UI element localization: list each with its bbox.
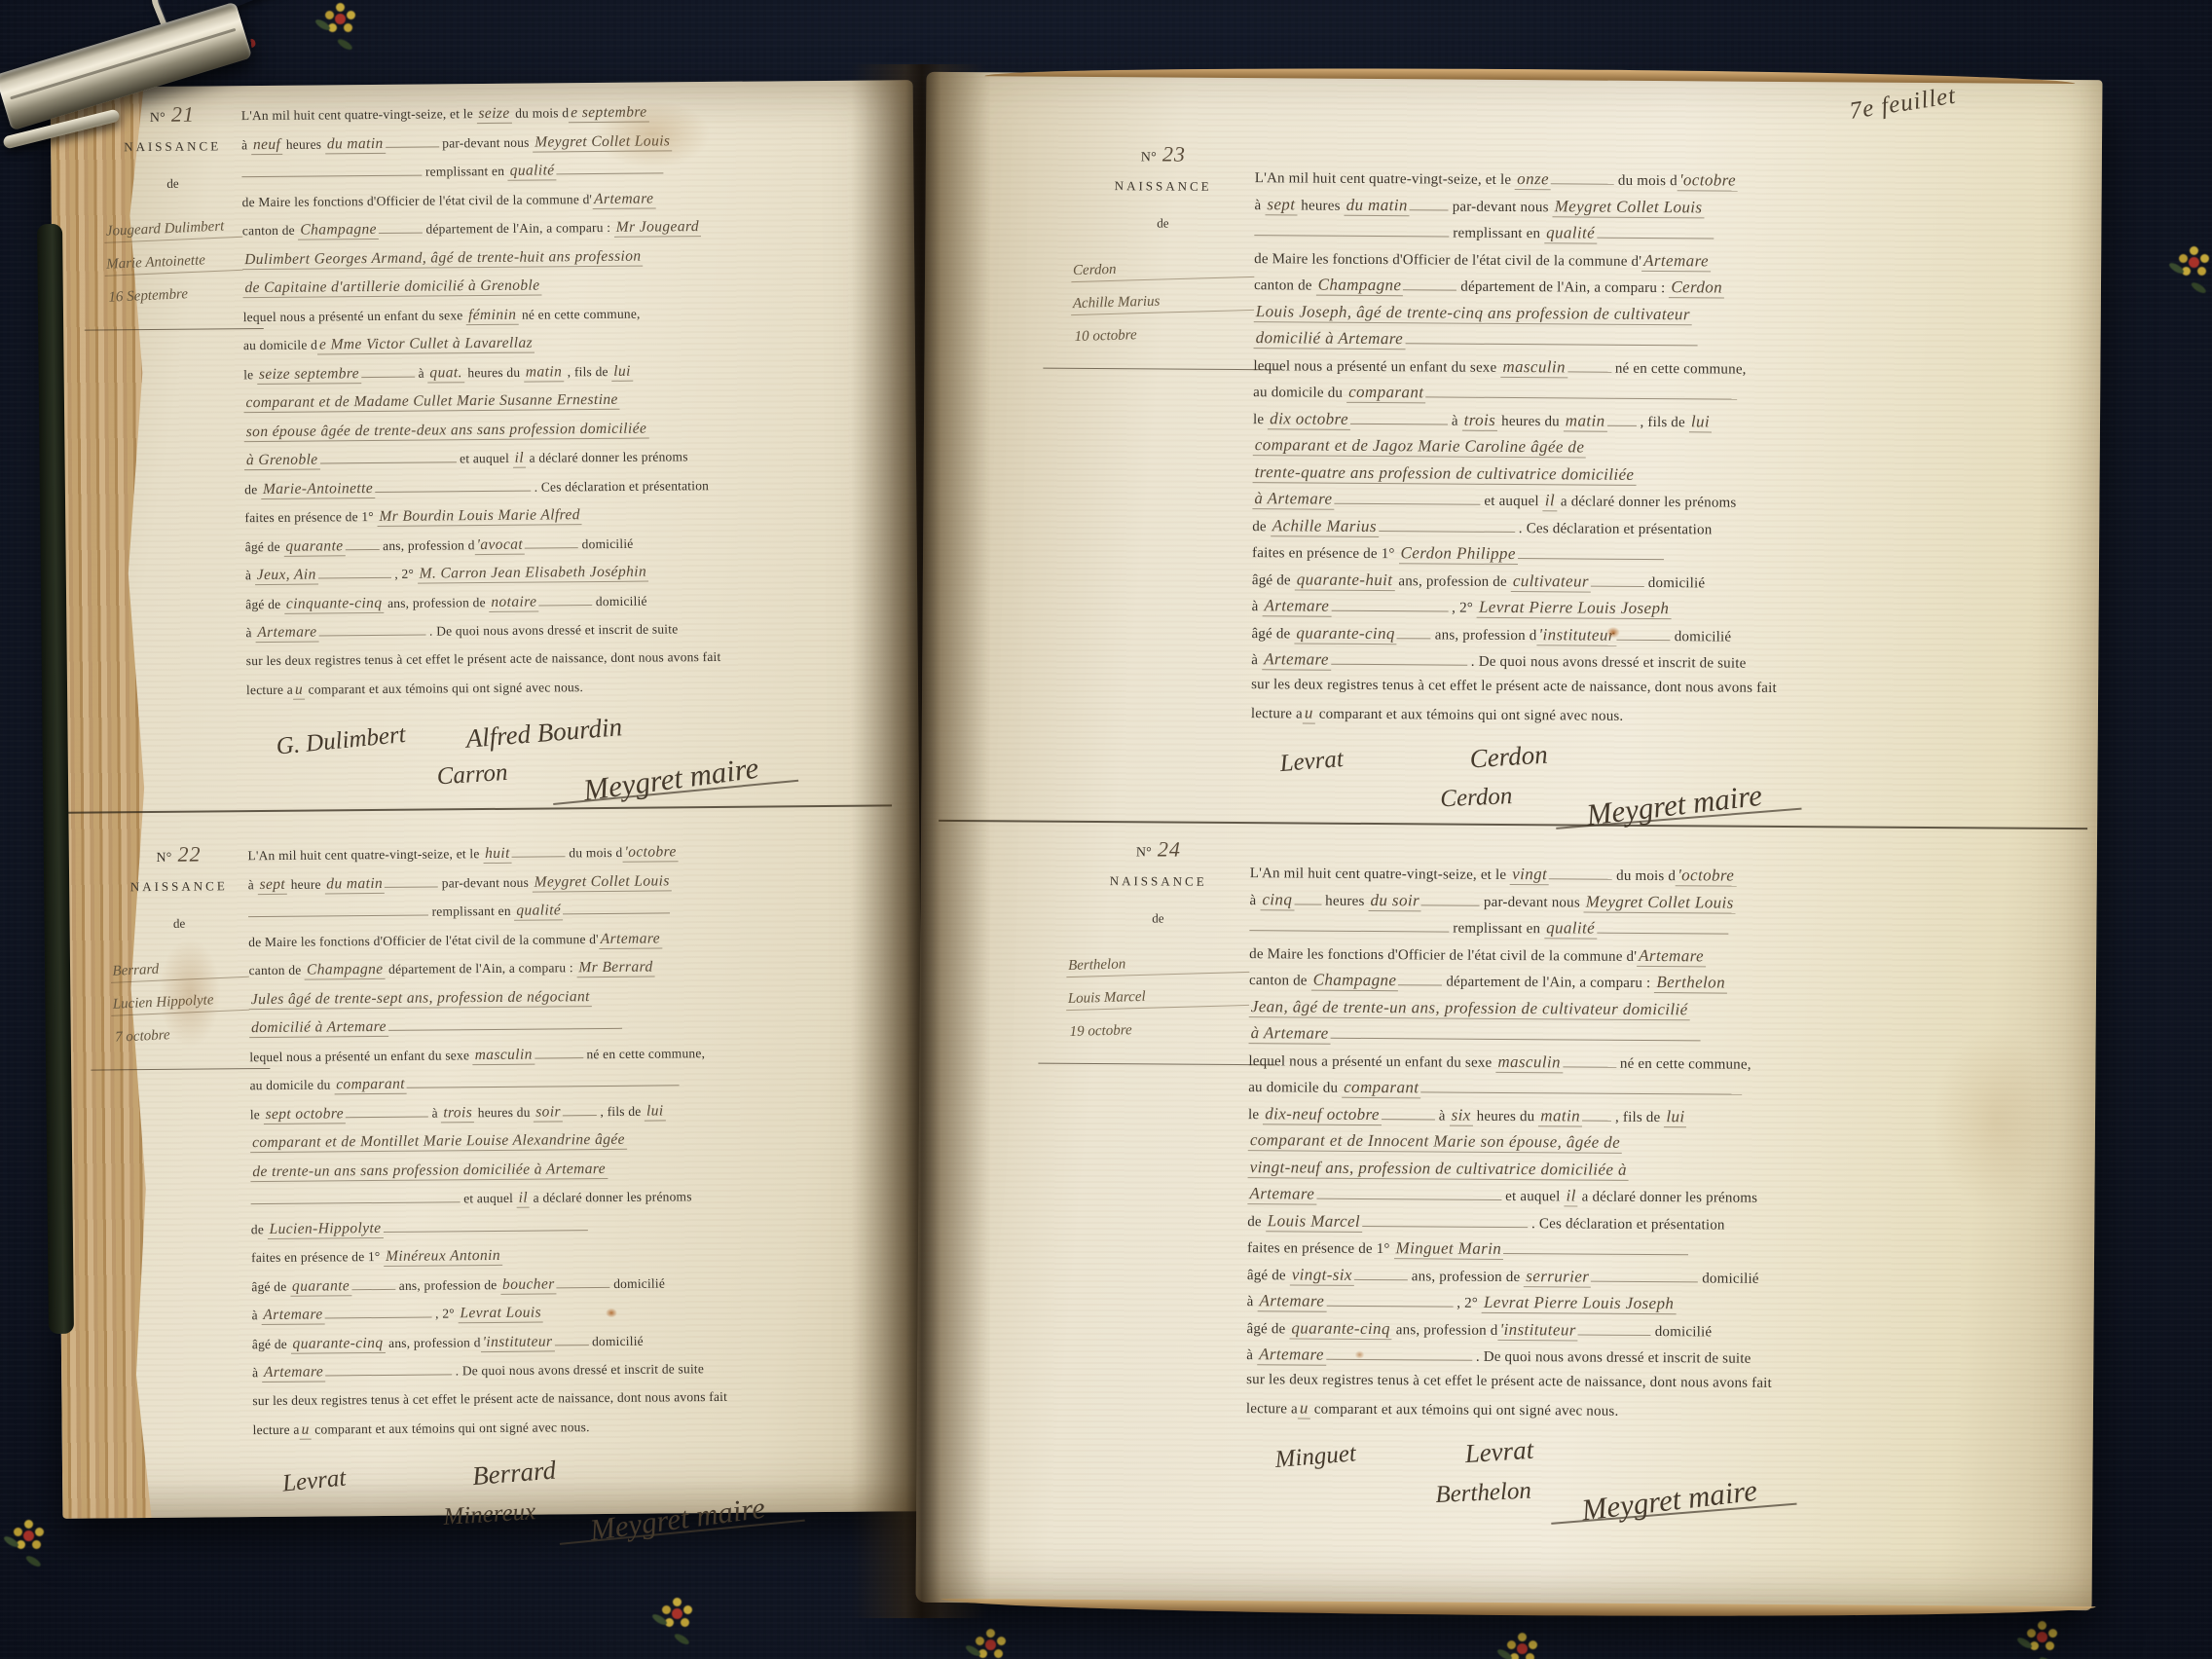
printed-text: . Ces déclaration et présentation	[1515, 521, 1713, 537]
printed-text: à	[415, 365, 427, 380]
printed-text: par-devant nous	[1480, 894, 1584, 910]
printed-text: ans, profession d	[1431, 627, 1537, 644]
printed-text: a déclaré donner les prénoms	[526, 449, 688, 464]
handwritten-entry: dix-neuf octobre	[1263, 1104, 1382, 1125]
printed-text: comparant et aux témoins qui ont signé a…	[312, 1419, 590, 1436]
printed-text: canton de	[248, 963, 305, 978]
printed-text: , 2°	[1453, 1296, 1482, 1311]
printed-text: lecture a	[1251, 706, 1303, 721]
handwritten-entry: quarante-huit	[1295, 570, 1395, 591]
handwritten-entry: matin	[524, 363, 564, 382]
blank-rule	[1397, 624, 1431, 639]
handwritten-entry: qualité	[1544, 918, 1597, 939]
naissance-heading: NAISSANCE	[1072, 178, 1255, 195]
printed-text: de Maire les fonctions d'Officier de l'é…	[1249, 946, 1637, 965]
handwritten-entry: Mr Bourdin Louis Marie Alfred	[377, 506, 582, 527]
margin-rule	[1038, 1063, 1275, 1066]
margin-date: 7 octobre	[111, 1024, 250, 1047]
signatures-block: G. DulimbertAlfred BourdinCarronMeygret …	[246, 714, 798, 833]
printed-text: département de l'Ain, a comparu :	[1442, 975, 1654, 992]
printed-text: ans, profession de	[395, 1277, 500, 1293]
margin-name: Berthelon	[1066, 953, 1249, 977]
handwritten-entry: seize	[476, 105, 511, 124]
handwritten-entry: Artemare	[592, 190, 655, 209]
signature: Carron	[436, 758, 508, 790]
margin-name: Lucien Hippolyte	[110, 991, 249, 1016]
act-text-line: lecture au comparant et aux témoins qui …	[1251, 703, 1938, 734]
printed-text: . Ces déclaration et présentation	[531, 478, 709, 495]
printed-text: lequel nous a présenté un enfant du sexe	[243, 308, 466, 324]
act-number-label: N°	[1136, 845, 1152, 860]
printed-text: ans, profession de	[1408, 1269, 1525, 1285]
margin-date: 16 Septembre	[104, 284, 243, 307]
margin-rule	[91, 1068, 271, 1071]
printed-text: né en cette commune,	[518, 306, 640, 321]
blank-rule	[351, 1276, 395, 1290]
handwritten-entry: du soir	[1368, 890, 1421, 910]
margin-name: Marie Antoinette	[104, 251, 243, 276]
handwritten-entry: Meygret Collet Louis	[533, 872, 672, 892]
blank-rule	[324, 1306, 431, 1319]
printed-text: par-devant nous	[1449, 199, 1553, 215]
de-label: de	[1066, 910, 1249, 927]
printed-text: le	[1253, 412, 1268, 427]
signature: Berthelon	[1435, 1477, 1532, 1508]
printed-text: à	[1252, 599, 1263, 614]
clip-body	[0, 2, 252, 131]
margin-date: 10 octobre	[1070, 324, 1253, 346]
binder-clip	[0, 0, 337, 199]
signatures-block: MinguetLevratBerthelonMeygret maire	[1245, 1433, 1934, 1553]
birth-record-22: N°22NAISSANCEdeBerrardLucien Hippolyte7 …	[247, 842, 804, 1572]
blank-rule	[563, 901, 670, 914]
handwritten-entry: qualité	[508, 163, 557, 181]
blank-rule	[1326, 1346, 1472, 1361]
printed-text: et auquel	[456, 451, 512, 466]
handwritten-entry: Artemare	[1262, 649, 1331, 670]
signature: Minguet	[1274, 1440, 1357, 1474]
handwritten-entry: cinquante-cinq	[284, 595, 385, 614]
printed-text: et auquel	[461, 1191, 517, 1206]
handwritten-entry: à Grenoble	[244, 452, 320, 471]
handwritten-entry: Minguet Marin	[1394, 1238, 1504, 1260]
act-text-line: lecture au comparant et aux témoins qui …	[1246, 1398, 1934, 1429]
printed-text: le	[1248, 1107, 1263, 1123]
blank-rule	[1421, 891, 1480, 905]
blank-rule	[1503, 1239, 1688, 1255]
handwritten-entry: masculin	[473, 1046, 535, 1065]
handwritten-entry: il	[1543, 491, 1557, 511]
blank-rule	[538, 593, 592, 607]
handwritten-entry: Mr Berrard	[576, 959, 654, 978]
handwritten-entry: Minéreux Antonin	[384, 1247, 502, 1267]
handwritten-entry: Artemare	[1641, 250, 1711, 271]
handwritten-entry: féminin	[466, 306, 518, 324]
signature: Berrard	[471, 1455, 557, 1492]
handwritten-entry: matin	[1538, 1106, 1582, 1126]
printed-text: ans, profession de	[384, 595, 489, 610]
blank-rule	[1354, 1266, 1408, 1280]
handwritten-entry: qualité	[514, 902, 563, 920]
blank-rule	[345, 536, 379, 549]
handwritten-entry: e Mme Victor Cullet à Lavarellaz	[317, 335, 535, 355]
handwritten-entry: sept octobre	[263, 1105, 346, 1124]
handwritten-entry: il	[513, 450, 527, 468]
signature: Levrat	[1279, 746, 1345, 778]
blank-rule	[1518, 545, 1664, 561]
handwritten-entry: quarante	[283, 537, 345, 557]
embroidered-flower	[2175, 243, 2212, 280]
handwritten-entry: 'octobre	[622, 843, 678, 862]
blank-rule	[1582, 1107, 1611, 1122]
printed-text: heure	[287, 876, 324, 891]
handwritten-entry: Marie-Antoinette	[261, 480, 375, 499]
printed-text: de	[244, 482, 261, 497]
handwritten-entry: sept	[257, 875, 287, 894]
handwritten-entry: M. Carron Jean Elisabeth Joséphin	[418, 564, 649, 584]
handwritten-entry: Levrat Pierre Louis Joseph	[1482, 1293, 1676, 1314]
handwritten-entry: Cerdon Philippe	[1399, 543, 1518, 565]
printed-text: domicilié	[588, 1333, 644, 1347]
handwritten-entry: lui	[611, 362, 633, 381]
act-number-label: N°	[1141, 150, 1157, 165]
printed-text: lecture a	[246, 682, 293, 697]
printed-text: à	[248, 877, 258, 892]
handwritten-entry: vingt	[1510, 865, 1549, 885]
handwritten-entry: comparant	[1346, 383, 1425, 404]
printed-text: comparant et aux témoins qui ont signé a…	[1315, 707, 1624, 724]
handwritten-entry: Jean, âgé de trente-un ans, profession d…	[1249, 997, 1690, 1020]
blank-rule	[361, 364, 415, 378]
margin-name: Berrard	[110, 958, 249, 983]
printed-text: au domicile d	[243, 338, 317, 353]
printed-text: département de l'Ain, a comparu :	[1456, 279, 1669, 297]
printed-text: remplissant en	[1449, 226, 1544, 242]
printed-text: à	[428, 1105, 441, 1120]
printed-text: du mois d	[1614, 173, 1677, 189]
printed-text: remplissant en	[422, 164, 507, 179]
printed-text: , 2°	[431, 1306, 458, 1320]
blank-rule	[557, 1274, 610, 1288]
blank-rule	[1326, 1292, 1453, 1307]
handwritten-entry: comparant et de Innocent Marie son épous…	[1248, 1130, 1622, 1154]
printed-text: heures	[1321, 893, 1368, 908]
printed-text: a déclaré donner les prénoms	[530, 1189, 692, 1204]
handwritten-entry: lui	[1689, 412, 1712, 432]
printed-text: ans, profession de	[1394, 573, 1511, 590]
handwritten-entry: qualité	[1544, 223, 1597, 243]
photograph-of-register: { "right_page": { "folio_note": "7e feui…	[0, 0, 2212, 1659]
handwritten-entry: Artemare	[261, 1307, 324, 1326]
embroidered-flower	[1503, 1630, 1540, 1659]
signature: Minereux	[443, 1498, 536, 1531]
act-text-line: lecture au comparant et aux témoins qui …	[246, 677, 797, 710]
signature: G. Dulimbert	[275, 720, 406, 760]
printed-text: domicilié	[592, 593, 647, 608]
printed-text: faites en présence de 1°	[1247, 1240, 1394, 1257]
de-label: de	[1071, 215, 1254, 232]
act-number: N°23	[1072, 141, 1255, 167]
printed-text: sur les deux registres tenus à cet effet…	[246, 648, 721, 667]
printed-text: , 2°	[1448, 601, 1477, 616]
printed-text: lequel nous a présenté un enfant du sexe	[249, 1048, 472, 1064]
birth-record-21: N°21NAISSANCEdeJougeard DulimbertMarie A…	[241, 102, 798, 832]
signatures-block: LevratBerrardMinereuxMeygret maire	[253, 1454, 805, 1573]
blank-rule	[1420, 1079, 1742, 1095]
handwritten-entry: Achille Marius	[1271, 516, 1379, 537]
handwritten-entry: comparant et de Montillet Marie Louise A…	[250, 1131, 627, 1153]
handwritten-entry: lui	[1664, 1107, 1686, 1127]
printed-text: heures du	[464, 364, 524, 380]
blank-rule	[248, 903, 428, 918]
margin-date: 19 octobre	[1065, 1019, 1248, 1041]
handwritten-entry: quarante-cinq	[1289, 1318, 1392, 1340]
margin-name: Louis Marcel	[1066, 986, 1249, 1011]
printed-text: L'An mil huit cent quatre-vingt-seize, e…	[1250, 866, 1511, 883]
printed-text: sur les deux registres tenus à cet effet…	[1246, 1372, 1772, 1391]
act-number: N°24	[1067, 836, 1250, 863]
blank-rule	[1591, 572, 1644, 587]
signature: Alfred Bourdin	[464, 712, 623, 755]
signature: Cerdon	[1469, 739, 1549, 774]
handwritten-entry: cultivateur	[1511, 571, 1591, 593]
blank-rule	[1549, 866, 1612, 880]
printed-text: remplissant en	[1449, 921, 1544, 938]
record-margin: N°24NAISSANCEdeBerthelonLouis Marcel19 o…	[1065, 836, 1250, 1065]
handwritten-entry: seize septembre	[257, 365, 361, 385]
handwritten-entry: Champagne	[1311, 971, 1399, 992]
printed-text: , fils de	[564, 364, 611, 379]
blank-rule	[1254, 222, 1449, 238]
printed-text: âgé de	[245, 538, 284, 553]
printed-text: faites en présence de 1°	[244, 509, 377, 525]
printed-text: , fils de	[597, 1103, 645, 1118]
handwritten-entry: Meygret Collet Louis	[1553, 197, 1705, 218]
handwritten-entry: comparant	[334, 1076, 407, 1095]
blank-rule	[319, 450, 456, 463]
blank-rule	[563, 1103, 597, 1116]
handwritten-entry: boucher	[500, 1275, 557, 1295]
handwritten-entry: Louis Joseph, âgé de trente-cinq ans pro…	[1254, 302, 1692, 325]
handwritten-entry: e septembre	[569, 104, 648, 124]
margin-rule	[1043, 368, 1280, 371]
printed-text: âgé de	[252, 1336, 291, 1350]
printed-text: a déclaré donner les prénoms	[1578, 1190, 1758, 1206]
naissance-heading: NAISSANCE	[110, 878, 248, 895]
printed-text: à	[1250, 893, 1261, 908]
handwritten-entry: domicilié à Artemare	[249, 1018, 388, 1038]
printed-text: à	[1448, 413, 1462, 428]
printed-text: de	[251, 1222, 268, 1236]
record-margin: N°22NAISSANCEdeBerrardLucien Hippolyte7 …	[109, 841, 249, 1070]
handwritten-entry: 'avocat	[475, 535, 526, 554]
handwritten-entry: Artemare	[1257, 1345, 1326, 1365]
handwritten-entry: du matin	[1345, 195, 1410, 215]
handwritten-entry: comparant et de Madame Cullet Marie Susa…	[243, 391, 620, 413]
handwritten-entry: comparant et de Jagoz Marie Caroline âgé…	[1253, 435, 1587, 458]
printed-text: heures du	[1497, 413, 1564, 428]
printed-text: de Maire les fonctions d'Officier de l'é…	[1254, 251, 1641, 270]
printed-text: ans, profession d	[385, 1335, 480, 1350]
printed-text: L'An mil huit cent quatre-vingt-seize, e…	[247, 846, 483, 863]
printed-text: et auquel	[1480, 494, 1542, 509]
blank-rule	[1398, 972, 1442, 986]
blank-rule	[407, 1073, 680, 1088]
printed-text: domicilié	[1698, 1271, 1759, 1286]
embroidered-flower	[972, 1626, 1009, 1659]
printed-text: , 2°	[391, 567, 418, 581]
handwritten-entry: Artemare	[1637, 945, 1706, 966]
printed-text: âgé de	[1246, 1321, 1289, 1337]
printed-text: au domicile du	[1253, 385, 1346, 401]
printed-text: par-devant nous	[438, 874, 533, 890]
printed-text: le	[243, 367, 257, 382]
margin-name: Jougeard Dulimbert	[104, 218, 243, 243]
printed-text: faites en présence de 1°	[251, 1249, 384, 1265]
printed-text: sur les deux registres tenus à cet effet…	[1251, 677, 1777, 696]
printed-text: heures du	[474, 1104, 534, 1120]
printed-text: au domicile du	[249, 1078, 334, 1093]
blank-rule	[1563, 1052, 1616, 1067]
blank-rule	[325, 1362, 452, 1376]
handwritten-entry: huit	[483, 845, 512, 864]
handwritten-entry: sept	[1265, 195, 1297, 215]
printed-text: département de l'Ain, a comparu :	[385, 960, 576, 977]
handwritten-entry: Cerdon	[1669, 277, 1724, 298]
record-margin: N°23NAISSANCEdeCerdonAchille Marius10 oc…	[1070, 141, 1255, 370]
act-text-line: lecture au comparant et aux témoins qui …	[253, 1417, 804, 1450]
printed-text: de Maire les fonctions d'Officier de l'é…	[248, 932, 599, 949]
handwritten-entry: masculin	[1500, 356, 1567, 377]
blank-rule	[386, 134, 439, 148]
de-label: de	[110, 915, 248, 932]
folio-number-note: 7e feuillet	[1848, 83, 1958, 126]
printed-text: ans, profession d	[379, 537, 474, 553]
printed-text: lecture a	[253, 1422, 300, 1437]
embroidered-flower	[658, 1595, 695, 1632]
handwritten-entry: Artemare	[1262, 596, 1331, 616]
birth-record-24: N°24NAISSANCEdeBerthelonLouis Marcel19 o…	[1245, 863, 1937, 1552]
handwritten-entry: à Artemare	[1249, 1023, 1331, 1045]
printed-text: âgé de	[251, 1278, 290, 1293]
blank-rule	[388, 1016, 622, 1031]
handwritten-entry: Artemare	[1247, 1184, 1316, 1204]
blank-rule	[375, 478, 531, 493]
printed-text: à	[245, 625, 255, 640]
officiant-signature: Meygret maire	[1580, 1472, 1759, 1530]
blank-rule	[251, 1190, 461, 1204]
printed-text: de	[1247, 1214, 1266, 1230]
printed-text: du mois d	[512, 105, 570, 121]
blank-rule	[535, 1046, 583, 1059]
printed-text: à	[1254, 198, 1265, 213]
handwritten-entry: domicilié à Artemare	[1254, 328, 1406, 350]
handwritten-entry: serrurier	[1524, 1267, 1591, 1287]
printed-text: à	[1251, 652, 1262, 668]
handwritten-entry: il	[517, 1190, 531, 1208]
handwritten-entry: de trente-un ans sans profession domicil…	[250, 1160, 608, 1181]
printed-text: âgé de	[1251, 626, 1294, 642]
handwritten-entry: matin	[1564, 411, 1607, 431]
handwritten-entry: u	[299, 1421, 311, 1440]
signature: Levrat	[1464, 1434, 1534, 1468]
blank-rule	[1405, 330, 1697, 347]
printed-text: du mois d	[566, 845, 623, 861]
handwritten-entry: Champagne	[1316, 276, 1404, 297]
handwritten-entry: comparant	[1342, 1078, 1420, 1099]
blank-rule	[556, 161, 663, 174]
handwritten-entry: 'octobre	[1676, 866, 1736, 886]
handwritten-entry: de Capitaine d'artillerie domicilié à Gr…	[242, 276, 541, 298]
printed-text: âgé de	[1252, 572, 1295, 588]
blank-rule	[379, 221, 423, 235]
handwritten-entry: cinq	[1260, 890, 1294, 910]
handwritten-entry: 'instituteur	[1536, 625, 1616, 646]
printed-text: domicilié	[1651, 1324, 1713, 1340]
handwritten-entry: u	[1298, 1398, 1310, 1419]
blank-rule	[1567, 357, 1611, 372]
printed-text: né en cette commune,	[583, 1046, 705, 1061]
handwritten-entry: Champagne	[298, 221, 379, 240]
handwritten-entry: 'instituteur	[481, 1333, 555, 1352]
signature: Cerdon	[1440, 783, 1513, 813]
act-number: N°22	[109, 841, 247, 867]
blank-rule	[1294, 890, 1321, 904]
naissance-heading: NAISSANCE	[1067, 873, 1250, 890]
blank-rule	[1578, 1321, 1651, 1336]
printed-text: canton de	[1249, 973, 1311, 988]
handwritten-entry: Artemare	[255, 624, 318, 644]
handwritten-entry: Levrat Pierre Louis Joseph	[1477, 598, 1671, 619]
printed-text: domicilié	[610, 1275, 666, 1290]
handwritten-entry: quat.	[427, 364, 464, 383]
officiant-signature: Meygret maire	[581, 750, 760, 809]
handwritten-entry: 'instituteur	[1497, 1319, 1577, 1341]
printed-text: faites en présence de 1°	[1252, 545, 1399, 562]
handwritten-entry: notaire	[489, 593, 538, 611]
handwritten-entry: trente-quatre ans profession de cultivat…	[1253, 462, 1637, 486]
blank-rule	[512, 844, 566, 858]
margin-rule	[84, 328, 264, 331]
handwritten-entry: vingt-neuf ans, profession de cultivatri…	[1248, 1158, 1629, 1181]
blank-rule	[1551, 170, 1614, 185]
handwritten-entry: masculin	[1495, 1051, 1563, 1072]
blank-rule	[1617, 626, 1671, 641]
handwritten-entry: Artemare	[1257, 1291, 1326, 1311]
printed-text: lequel nous a présenté un enfant du sexe	[1248, 1053, 1495, 1071]
margin-name: Achille Marius	[1071, 291, 1254, 315]
printed-text: né en cette commune,	[1616, 1055, 1751, 1072]
handwritten-entry: Meygret Collet Louis	[533, 132, 672, 152]
act-number-label: N°	[156, 851, 171, 866]
handwritten-entry: quarante-cinq	[1294, 623, 1397, 645]
handwritten-entry: onze	[1515, 169, 1551, 190]
printed-text: comparant et aux témoins qui ont signé a…	[1310, 1402, 1619, 1419]
handwritten-entry: à Artemare	[1252, 489, 1334, 510]
blank-rule	[1410, 196, 1449, 210]
handwritten-entry: Berthelon	[1654, 973, 1727, 994]
handwritten-entry: 'octobre	[1677, 170, 1738, 191]
printed-text: remplissant en	[428, 903, 514, 919]
blank-rule	[1591, 1268, 1698, 1282]
printed-text: à	[1435, 1108, 1450, 1124]
act-number-value: 24	[1158, 836, 1181, 861]
left-page: N°21NAISSANCEdeJougeard DulimbertMarie A…	[51, 80, 926, 1519]
handwritten-entry: quarante	[290, 1277, 351, 1297]
blank-rule	[525, 535, 578, 549]
printed-text: . De quoi nous avons dressé et inscrit d…	[1472, 1349, 1751, 1367]
handwritten-entry: u	[293, 682, 305, 700]
